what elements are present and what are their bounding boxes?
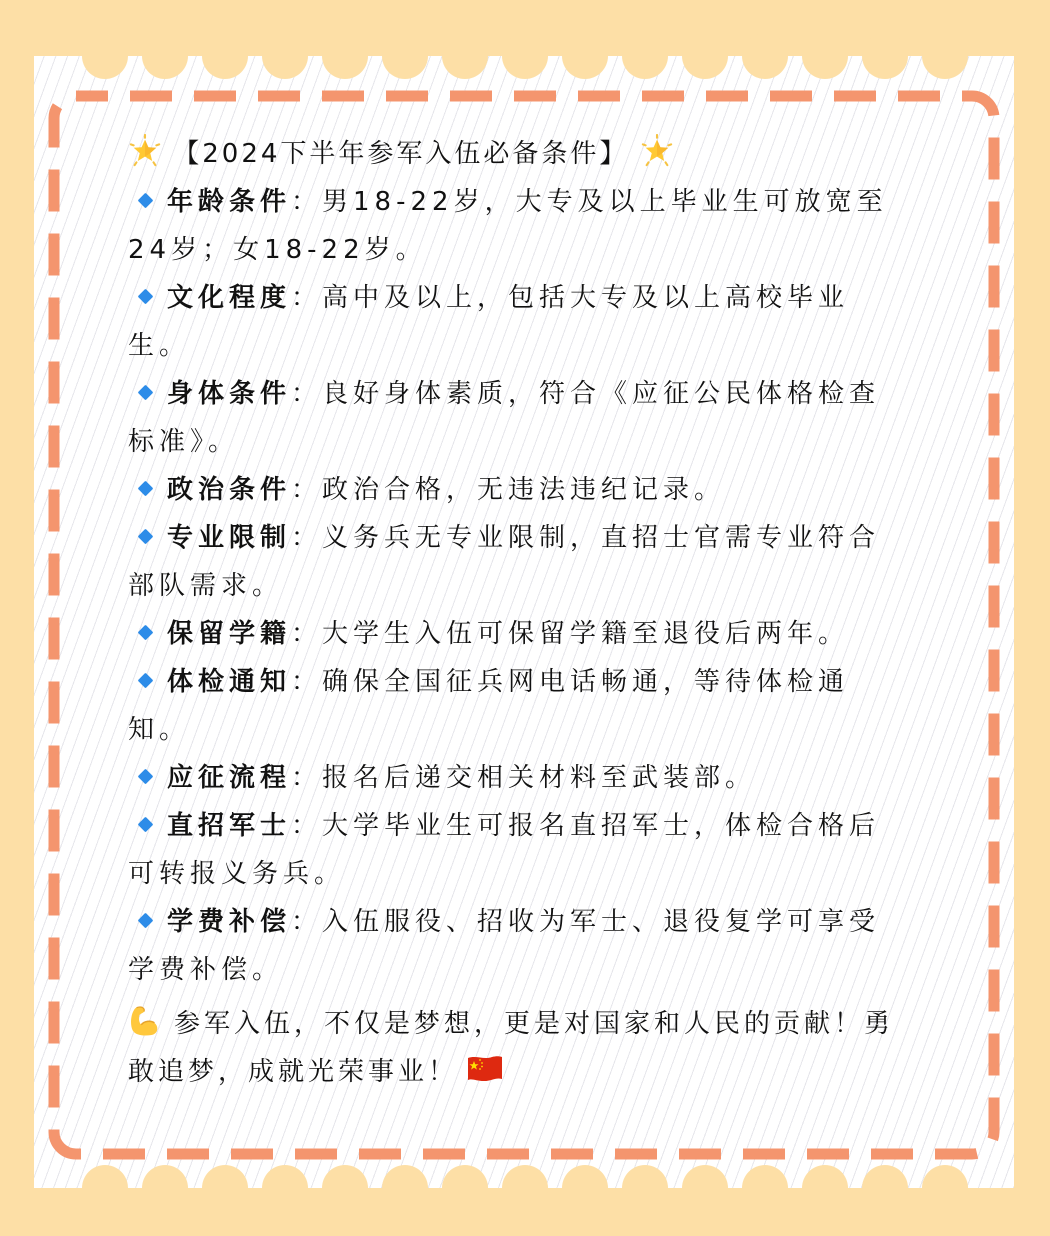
bottom-scallop-edge [34, 1162, 1014, 1188]
diamond-bullet-icon [138, 529, 154, 545]
diamond-bullet-icon [138, 913, 154, 929]
requirement-item-physical: 身体条件：良好身体素质，符合《应征公民体格检查标准》。 [128, 370, 908, 466]
poster-title-text: 【2024下半年参军入伍必备条件】 [173, 139, 628, 169]
star-icon [128, 134, 162, 168]
requirement-item-major: 专业限制：义务兵无专业限制，直招士官需专业符合部队需求。 [128, 514, 908, 610]
item-label: 政治条件 [167, 475, 291, 505]
china-flag-icon [466, 1054, 504, 1084]
item-label: 身体条件 [167, 379, 291, 409]
item-label: 专业限制 [167, 523, 291, 553]
diamond-bullet-icon [138, 625, 154, 641]
item-label: 学费补偿 [167, 907, 291, 937]
item-label: 直招军士 [167, 811, 291, 841]
diamond-bullet-icon [138, 289, 154, 305]
diamond-bullet-icon [138, 673, 154, 689]
diamond-bullet-icon [138, 817, 154, 833]
item-label: 应征流程 [167, 763, 291, 793]
requirement-item-enrollment: 保留学籍：大学生入伍可保留学籍至退役后两年。 [128, 610, 908, 658]
diamond-bullet-icon [138, 385, 154, 401]
requirement-item-political: 政治条件：政治合格，无违法违纪记录。 [128, 466, 908, 514]
requirement-item-education: 文化程度：高中及以上，包括大专及以上高校毕业生。 [128, 274, 908, 370]
requirement-item-age: 年龄条件：男18-22岁，大专及以上毕业生可放宽至24岁；女18-22岁。 [128, 178, 908, 274]
top-scallop-edge [34, 56, 1014, 82]
diamond-bullet-icon [138, 769, 154, 785]
item-text: ：政治合格，无违法违纪记录。 [291, 475, 725, 505]
poster-title: 【2024下半年参军入伍必备条件】 [128, 130, 908, 178]
diamond-bullet-icon [138, 481, 154, 497]
requirement-item-process: 应征流程：报名后递交相关材料至武装部。 [128, 754, 908, 802]
item-label: 年龄条件 [167, 187, 291, 217]
content: 【2024下半年参军入伍必备条件】 年龄条件：男18-22岁，大专及以上毕业生可… [128, 130, 908, 1096]
item-label: 保留学籍 [167, 619, 291, 649]
item-text: ：报名后递交相关材料至武装部。 [291, 763, 756, 793]
star-icon [640, 134, 674, 168]
diamond-bullet-icon [138, 193, 154, 209]
requirement-item-tuition: 学费补偿：入伍服役、招收为军士、退役复学可享受学费补偿。 [128, 898, 908, 994]
item-text: ：大学生入伍可保留学籍至退役后两年。 [291, 619, 849, 649]
flexed-biceps-icon [128, 1004, 162, 1038]
item-label: 体检通知 [167, 667, 291, 697]
closing-text: 参军入伍，不仅是梦想，更是对国家和人民的贡献！勇敢追梦，成就光荣事业！ [128, 1009, 894, 1087]
requirement-item-direct-recruit: 直招军士：大学毕业生可报名直招军士，体检合格后可转报义务兵。 [128, 802, 908, 898]
closing-message: 参军入伍，不仅是梦想，更是对国家和人民的贡献！勇敢追梦，成就光荣事业！ [128, 1000, 908, 1096]
requirement-item-medical-notice: 体检通知：确保全国征兵网电话畅通，等待体检通知。 [128, 658, 908, 754]
item-label: 文化程度 [167, 283, 291, 313]
